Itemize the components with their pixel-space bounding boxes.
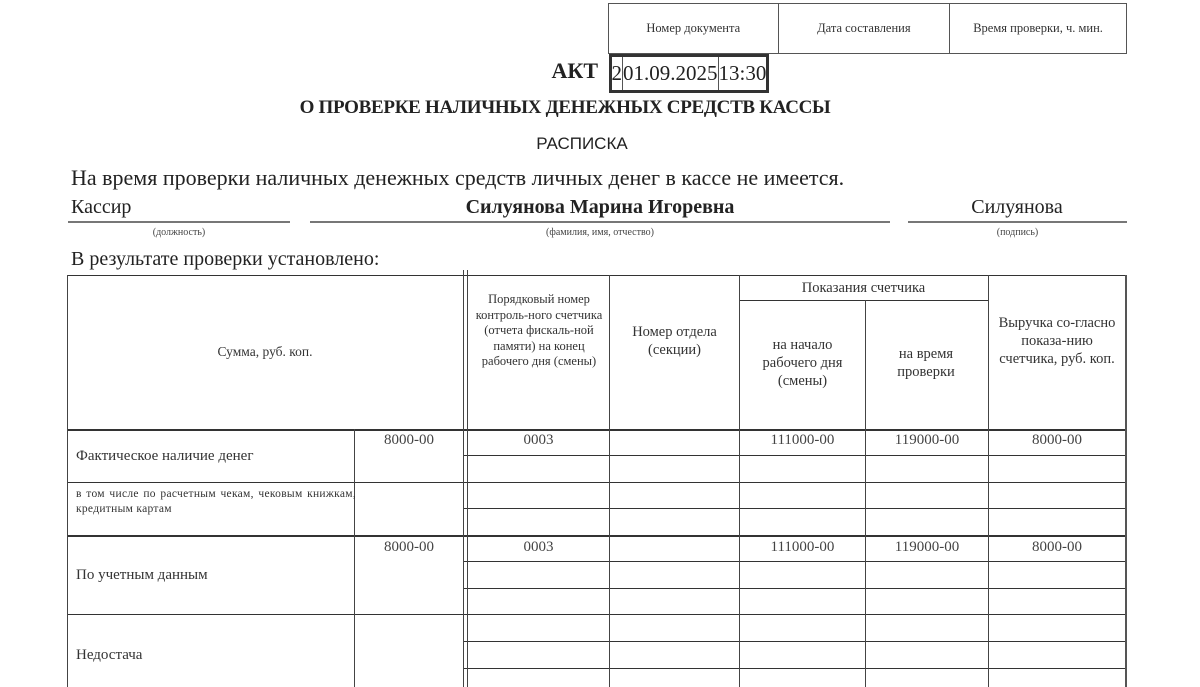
actual-revenue[interactable]: 8000-00 [989, 432, 1125, 449]
header-sum: Сумма, руб. коп. [67, 343, 463, 360]
doc-date-header: Дата составления [778, 4, 950, 54]
header-revenue: Выручка со-гласно показа-нию счетчика, р… [993, 314, 1121, 368]
document-info-table: Номер документа Дата составления Время п… [608, 3, 1127, 91]
position-underline [68, 221, 290, 223]
check-time-header: Время проверки, ч. мин. [950, 4, 1127, 54]
check-time-value[interactable]: 13:30 [718, 56, 768, 92]
cashier-signature[interactable]: Силуянова [908, 196, 1126, 219]
accounting-counter-number[interactable]: 0003 [468, 539, 609, 556]
statement-text: На время проверки наличных денежных сред… [71, 165, 844, 191]
signature-underline [908, 221, 1127, 223]
accounting-sum[interactable]: 8000-00 [355, 539, 463, 556]
header-department: Номер отдела (секции) [612, 323, 737, 359]
act-label: АКТ [500, 58, 598, 84]
cashier-position[interactable]: Кассир [71, 196, 131, 219]
accounting-revenue[interactable]: 8000-00 [989, 539, 1125, 556]
accounting-check-time[interactable]: 119000-00 [866, 539, 988, 556]
position-caption: (должность) [68, 227, 290, 238]
actual-counter-number[interactable]: 0003 [468, 432, 609, 449]
actual-start-of-day[interactable]: 111000-00 [740, 432, 865, 449]
doc-date-value[interactable]: 01.09.2025 [623, 56, 719, 92]
accounting-start-of-day[interactable]: 111000-00 [740, 539, 865, 556]
header-start-of-day: на начало рабочего дня (смены) [745, 336, 860, 390]
header-readings-group: Показания счетчика [739, 280, 988, 297]
actual-sum[interactable]: 8000-00 [355, 432, 463, 449]
header-counter-number: Порядковый номер контроль-ного счетчика … [472, 292, 606, 370]
actual-check-time[interactable]: 119000-00 [866, 432, 988, 449]
signature-caption: (подпись) [908, 227, 1127, 238]
row-label-including: в том числе по расчетным чекам, чековым … [76, 487, 356, 533]
document-title: О ПРОВЕРКЕ НАЛИЧНЫХ ДЕНЕЖНЫХ СРЕДСТВ КАС… [0, 97, 1130, 119]
row-label-accounting: По учетным данным [76, 567, 208, 584]
check-time-header-text: Время проверки, ч. мин. [973, 21, 1103, 36]
document-subtitle: РАСПИСКА [0, 134, 1164, 154]
row-label-actual: Фактическое наличие денег [76, 448, 253, 465]
doc-number-header: Номер документа [609, 4, 779, 54]
header-check-time: на время проверки [870, 345, 982, 381]
name-caption: (фамилия, имя, отчество) [310, 227, 890, 238]
doc-number-value[interactable]: 2 [610, 56, 623, 92]
row-label-shortage: Недостача [76, 647, 142, 664]
cashier-full-name[interactable]: Силуянова Марина Игоревна [310, 196, 890, 219]
name-underline [310, 221, 890, 223]
result-intro: В результате проверки установлено: [71, 248, 379, 271]
